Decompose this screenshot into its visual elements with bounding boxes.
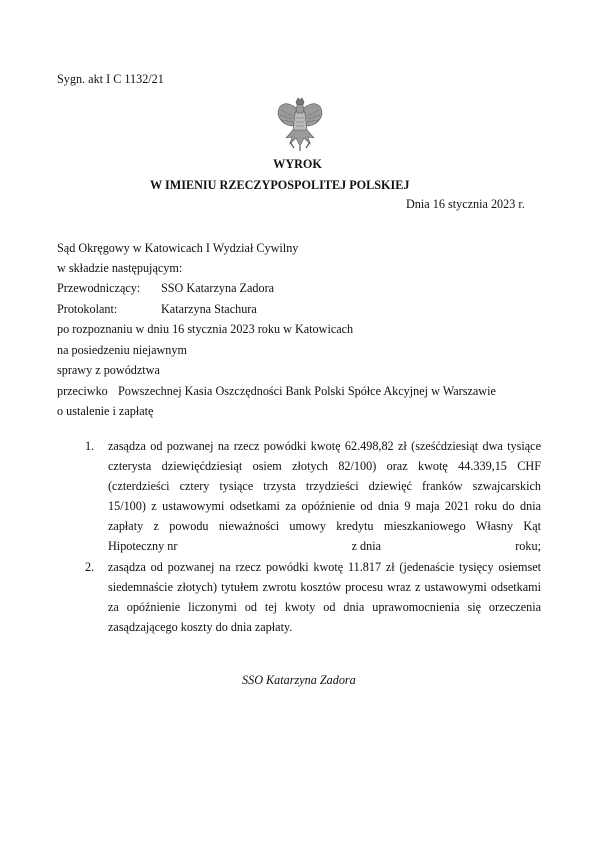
against-label: przeciwko [57,384,108,399]
court-name: Sąd Okręgowy w Katowicach I Wydział Cywi… [57,241,298,256]
ruling-line: zasądzającego koszty do dnia zapłaty. [108,617,541,637]
ruling-line: (czterdzieści cztery tysiące trzysta trz… [108,476,541,496]
ruling-line: Hipoteczny nr z dnia roku; [108,536,541,556]
clerk-name: Katarzyna Stachura [161,302,257,317]
hearing-line: po rozpoznaniu w dniu 16 stycznia 2023 r… [57,322,353,337]
document-subtitle: W IMIENIU RZECZYPOSPOLITEJ POLSKIEJ [150,178,410,193]
ruling-number: 2. [85,557,94,577]
composition-intro: w składzie następującym: [57,261,182,276]
defendant-name: Powszechnej Kasia Oszczędności Bank Pols… [118,384,496,399]
ruling-item: 2. zasądza od pozwanej na rzecz powódki … [85,557,541,637]
session-line: na posiedzeniu niejawnym [57,343,187,358]
contract-number-label: Hipoteczny nr [108,536,177,556]
document-title: WYROK [0,157,595,172]
polish-eagle-emblem-icon [276,96,324,152]
presiding-label: Przewodniczący: [57,281,140,296]
judgment-date: Dnia 16 stycznia 2023 r. [406,197,525,212]
ruling-item: 1. zasądza od pozwanej na rzecz powódki … [85,436,541,557]
case-line: sprawy z powództwa [57,363,160,378]
clerk-label: Protokolant: [57,302,117,317]
ruling-number: 1. [85,436,94,456]
case-subject: o ustalenie i zapłatę [57,404,153,419]
case-signature: Sygn. akt I C 1132/21 [57,72,164,87]
year-label: roku; [515,536,541,556]
ruling-line: siedemnaście złotych) tytułem zwrotu kos… [108,577,541,597]
ruling-line: 15/100) z ustawowymi odsetkami za opóźni… [108,496,541,516]
ruling-line: zapłaty z powodu nieważności umowy kredy… [108,516,541,536]
rulings-list: 1. zasądza od pozwanej na rzecz powódki … [85,436,541,637]
ruling-line: zasądza od pozwanej na rzecz powódki kwo… [108,557,541,577]
judge-signature: SSO Katarzyna Zadora [242,673,356,688]
ruling-line: za opóźnienie liczonymi od tej kwoty od … [108,597,541,617]
ruling-line: zasądza od pozwanej na rzecz powódki kwo… [108,436,541,456]
presiding-judge: SSO Katarzyna Zadora [161,281,274,296]
contract-date-label: z dnia [352,536,381,556]
ruling-line: czterysta dziewięćdziesiąt osiem złotych… [108,456,541,476]
